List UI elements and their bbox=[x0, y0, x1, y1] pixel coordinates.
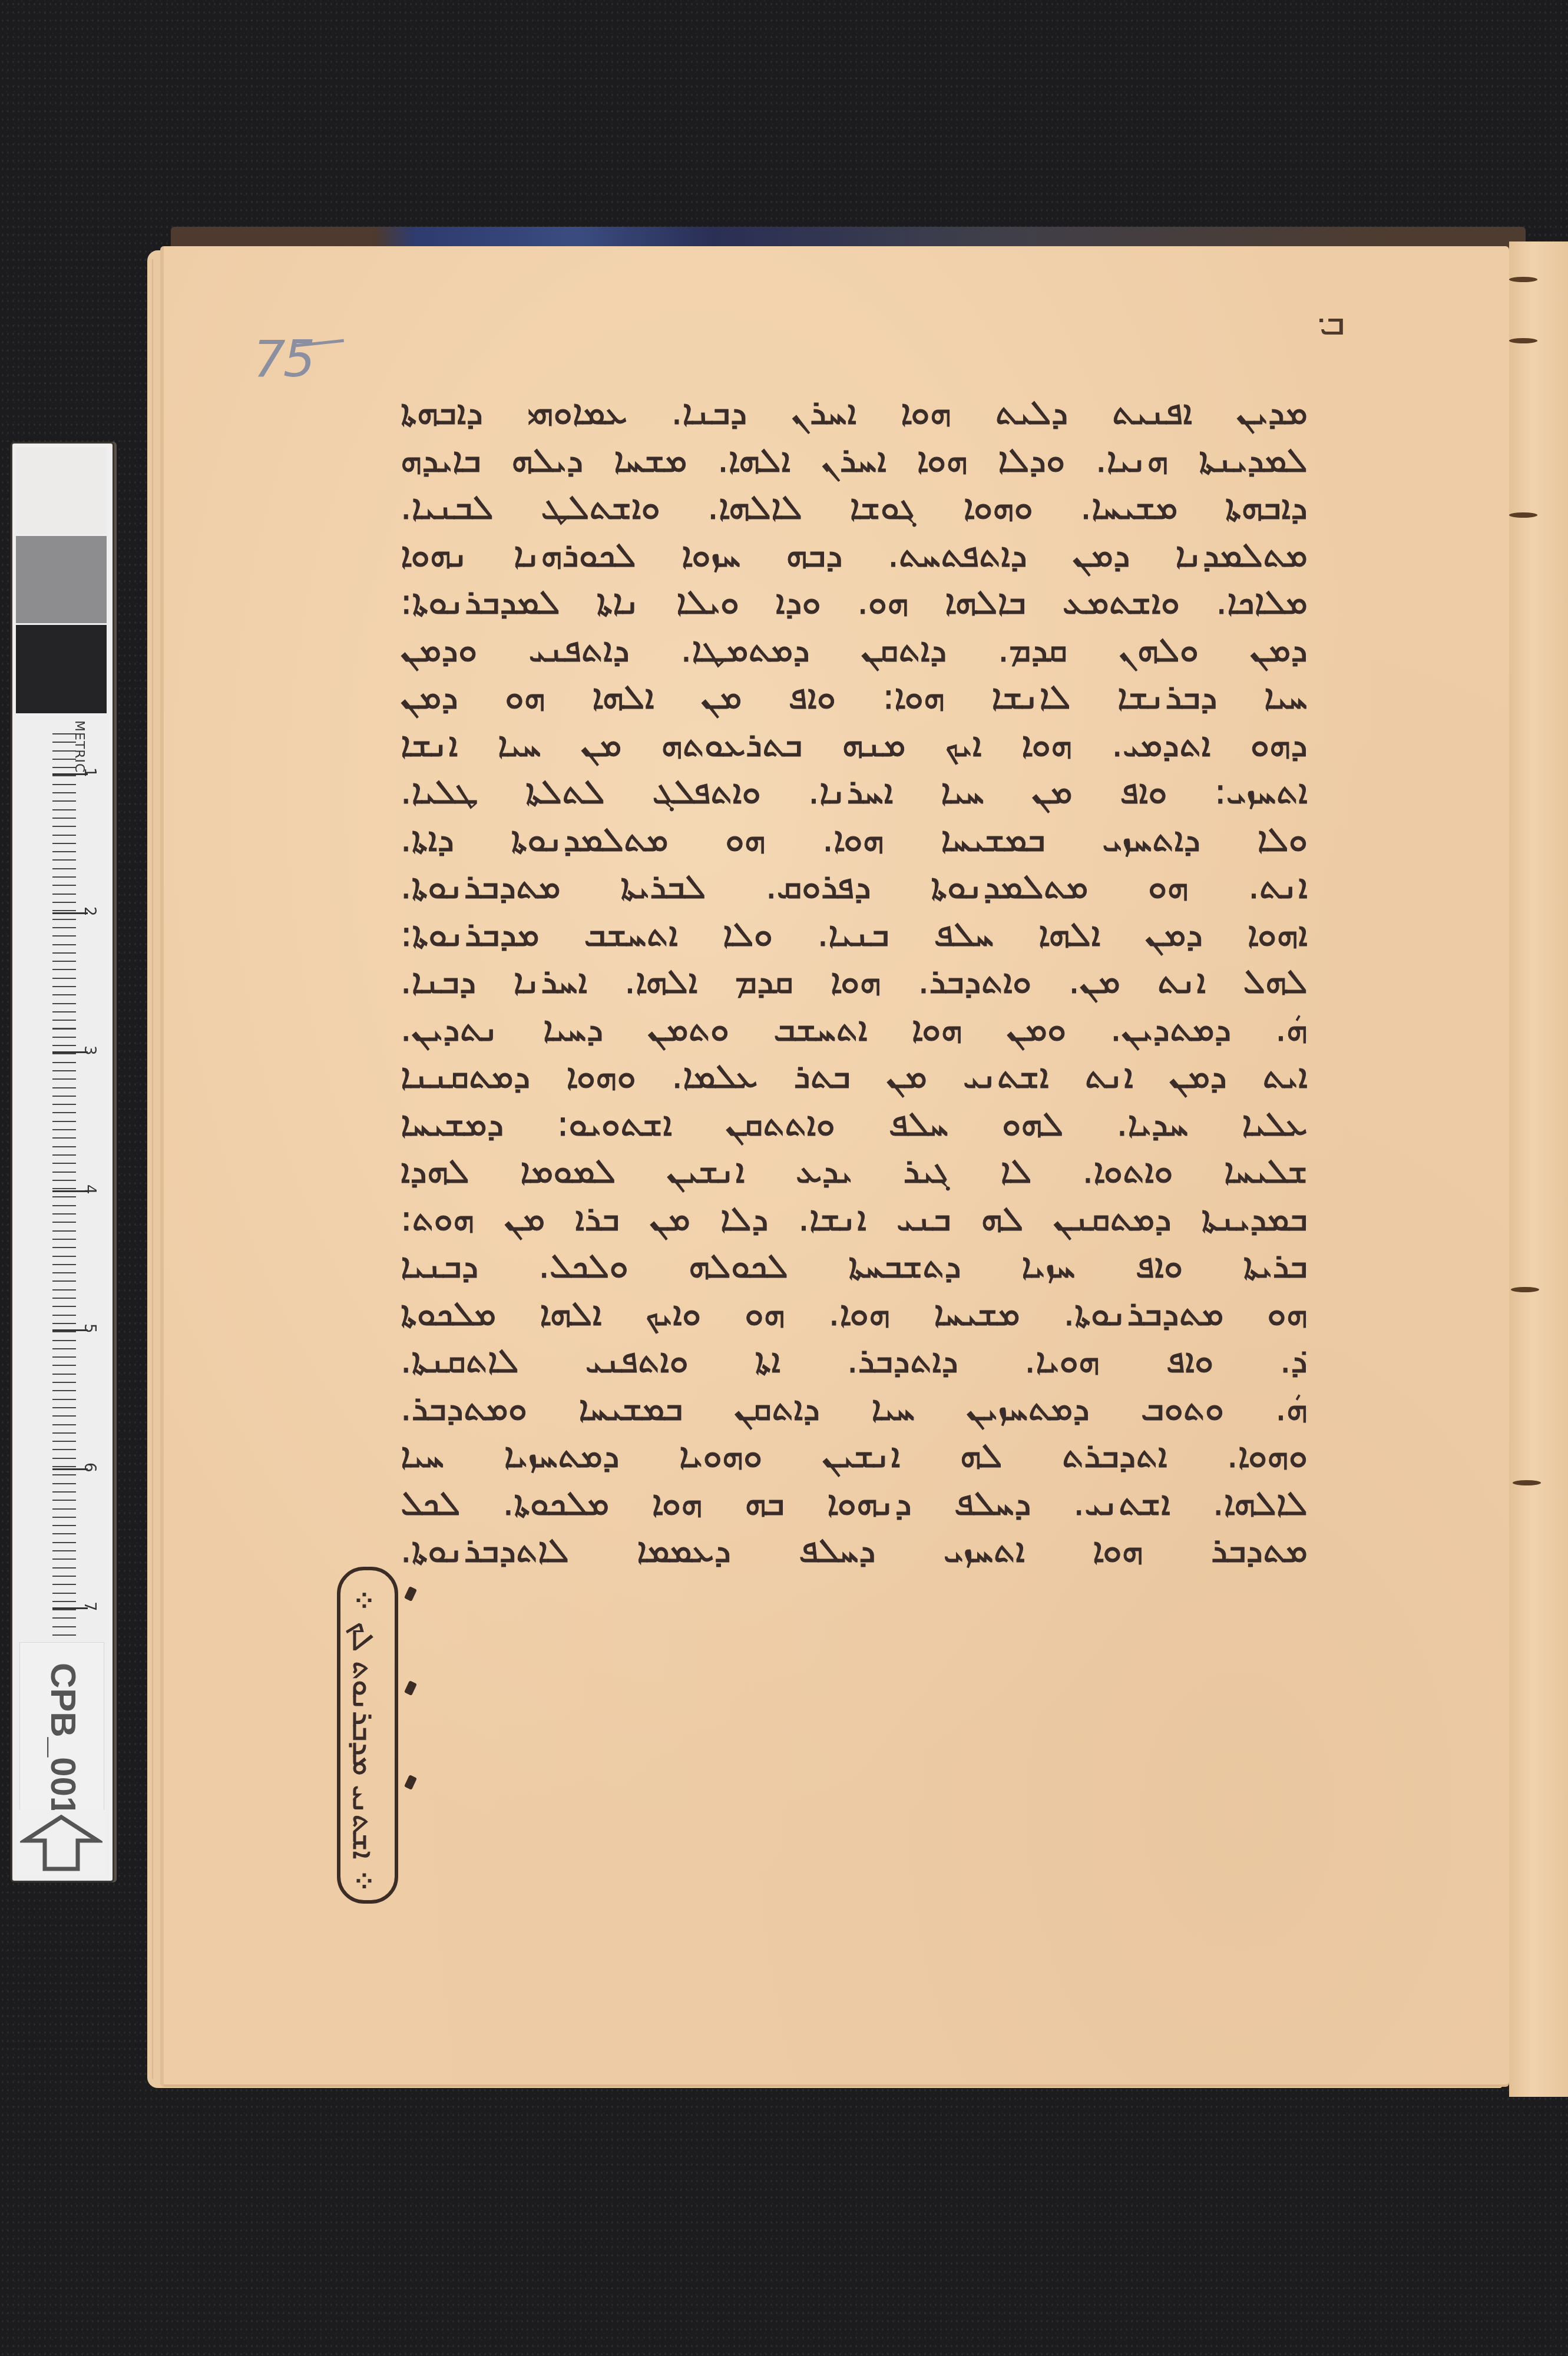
binding-stitch bbox=[1511, 1287, 1539, 1292]
text-line: ܠܗܠ ܐܢܬ ܡܢ. ܘܐܬܕܒܪ. ܗܘܐ ܩܕܡ ܐܠܗܐ. ܐܚܪܢܐ … bbox=[401, 958, 1308, 1005]
text-line: ܕܗܘ ܐܬܕܡܝ. ܗܘܐ ܐܝܟ ܡܢܗ ܒܬܪܥܘܬܗ ܡܢ ܚܝܐ ܐܢ… bbox=[401, 721, 1308, 769]
text-line: ܡܠܐܟܐ. ܘܐܫܬܡܥ ܒܐܠܗܐ ܗܘ. ܘܕܐ ܘܝܠܐ ܢܐܬܐ ܠܡ… bbox=[401, 578, 1308, 626]
text-line: ܡܬܕܒܪ ܗܘܐ ܐܬܚܙܝ ܕܚܠܦ ܕܥܡܡܐ ܠܐܬܕܒܪܢܘܬܐ. bbox=[401, 1527, 1308, 1574]
folio-number: 75 bbox=[253, 330, 313, 389]
ruler-number: 3 bbox=[81, 1045, 98, 1055]
text-line: ܠܐܠܗܐ. ܐܫܬܢܝ. ܕܚܠܦ ܕܢܗܘܐ ܒܗ ܗܘܐ ܡܠܟܘܬܐ. … bbox=[401, 1480, 1308, 1527]
up-arrow-icon bbox=[20, 1814, 102, 1872]
ruler-label: METRIC bbox=[72, 720, 87, 773]
ruler-number: 2 bbox=[81, 906, 98, 916]
text-line: ܒܪܝܬܐ ܘܐܦ ܚܙܝܐ ܕܬܫܒܚܬܐ ܠܟܘܠܗ ܘܠܟܠ. ܕܒܢܝܐ bbox=[401, 1242, 1308, 1290]
text-line: ܐܢܬ. ܗܘ ܡܬܠܡܕܢܘܬܐ ܕܦܪܘܩ. ܠܒܪܝܬܐ ܡܬܕܒܪܢܘܬ… bbox=[401, 863, 1308, 911]
text-line: ܐܗܘܐ ܕܡܢ ܐܠܗܐ ܚܠܦ ܒܢܝܐ. ܘܠܐ ܐܬܚܫܒ ܡܕܒܪܢܘ… bbox=[401, 911, 1308, 958]
text-line: ܠܡܕܝܢܬܐ ܗܢܝܐ. ܘܕܠܐ ܗܘܐ ܐܚܪܢ ܐܠܗܐ. ܡܫܚܐ ܕ… bbox=[401, 436, 1308, 484]
text-line: ܘܗܘܐ. ܐܬܕܒܪܬ ܠܗ ܐܢܫܝܢ ܘܗܘܝܐ ܕܡܬܚܙܝܐ ܚܝܐ bbox=[401, 1432, 1308, 1480]
grey-color-patch bbox=[16, 536, 107, 623]
text-line: ܗܿ. ܘܬܘܒ ܕܡܬܚܙܝܢ ܚܝܐ ܕܐܬܩܢ ܒܡܫܝܚܐ ܘܡܬܕܒܪ… bbox=[401, 1385, 1308, 1432]
marginal-note-cartouche: ⁘ ܐܫܬܢܝ ܡܕܒܪܢܘܬ ܠܟ ⁘ bbox=[337, 1567, 398, 1904]
ruler-number: 5 bbox=[81, 1323, 98, 1333]
text-line: ܗܿ. ܕܡܬܕܝܢ. ܘܡܢ ܗܘܐ ܐܬܚܫܒ ܘܬܡܢ ܕܚܝܐ ܢܬܕܝ… bbox=[401, 1005, 1308, 1053]
text-line: ܕ݁. ܘܐܦ ܗܘܝܐ. ܕܐܬܕܒܪ. ܐܬܐ ܘܐܬܦܢܝ ܠܐܬܩܢܬܐ… bbox=[401, 1337, 1308, 1385]
manuscript-text: ܡܕܝܢ ܐܦܢܝܬ ܕܠܝܬ ܗܘܐ ܐܚܪܢ ܕܒܢܐ. ܥܡܐܘܗܝ ܕܐ… bbox=[401, 389, 1308, 1574]
binding-gutter bbox=[1509, 241, 1568, 2097]
text-line: ܒܡܕܝܢܬܐ ܕܡܬܩܢܢ ܠܗ ܒܢܝ ܐܢܫܐ. ܕܠܐ ܡܢ ܒܪܐ ܡ… bbox=[401, 1195, 1308, 1243]
text-line: ܗܘ ܡܬܕܒܪܢܘܬܐ. ܡܫܝܚܐ ܗܘܐ. ܗܘ ܘܐܝܟ ܐܠܗܐ ܡܠ… bbox=[401, 1290, 1308, 1338]
binding-stitch bbox=[1509, 277, 1537, 282]
text-line: ܫܠܝܚܐ ܘܐܬܘܐ. ܠܐ ܓܝܪ ܝܕܥ ܐܢܫܝܢ ܠܡܘܡܐ ܠܗܕܐ bbox=[401, 1147, 1308, 1195]
text-line: ܡܬܠܡܕܢܐ ܕܡܢ ܕܐܬܦܬܚܬ. ܕܒܗ ܚܙܘܐ ܠܟܘܪܗܢܐ ܢܗ… bbox=[401, 531, 1308, 579]
binding-stitch bbox=[1509, 338, 1537, 343]
text-line: ܡܕܝܢ ܐܦܢܝܬ ܕܠܝܬ ܗܘܐ ܐܚܪܢ ܕܒܢܐ. ܥܡܐܘܗܝ ܕܐ… bbox=[401, 389, 1308, 436]
text-line: ܐܬܚܙܝ: ܘܐܦ ܡܢ ܚܝܐ ܐܚܪܢܐ. ܘܐܬܦܠܓ ܠܬܠܬܐ ܛܠ… bbox=[401, 768, 1308, 816]
binding-stitch bbox=[1513, 1480, 1541, 1485]
orientation-arrow bbox=[17, 1810, 105, 1876]
text-line: ܥܠܝܐ ܚܕܝܐ. ܠܗܘ ܚܠܦ ܘܐܬܬܩܢ ܐܫܬܘܝܘ: ܕܡܫܝܚܐ bbox=[401, 1100, 1308, 1148]
text-line: ܐܝܬ ܕܡܢ ܐܢܬ ܐܫܬܢܝ ܡܢ ܒܬܪ ܥܠܡܐ. ܘܗܘܐ ܕܡܬܩ… bbox=[401, 1053, 1308, 1100]
ruler-number: 6 bbox=[81, 1462, 98, 1472]
marginal-note-text: ⁘ ܐܫܬܢܝ ܡܕܒܪܢܘܬ ܠܟ ⁘ bbox=[346, 1588, 381, 1893]
white-color-patch bbox=[16, 447, 107, 534]
ruler-number: 7 bbox=[81, 1601, 98, 1612]
ruler-number: 4 bbox=[81, 1184, 98, 1194]
binding-stitch bbox=[1509, 512, 1537, 518]
text-line: ܚܝܐ ܕܒܪܢܫܐ ܠܐܢܫܐ ܗܘܐ: ܘܐܦ ܡܢ ܐܠܗܐ ܗܘ ܕܡܢ bbox=[401, 673, 1308, 721]
text-line: ܕܡܢ ܘܠܗܢ ܩܕܡ. ܕܐܬܩܢ ܕܡܬܡܛܐ. ܕܐܬܦܢܝ ܘܕܡܢ bbox=[401, 626, 1308, 674]
text-line: ܕܐܒܗܬܐ ܡܫܝܚܐ. ܘܗܘܐ ܓܘܫܐ ܠܐܠܗܐ. ܘܐܫܬܠܛ ܠܒ… bbox=[401, 484, 1308, 531]
ruler-number: 1 bbox=[81, 767, 98, 777]
text-line: ܘܠܐ ܕܐܬܚܙܝ ܒܡܫܝܚܐ ܗܘܐ. ܗܘ ܡܬܠܡܕܢܘܬܐ ܕܐܬܐ… bbox=[401, 816, 1308, 863]
calibration-strip: METRIC 1 2 3 4 5 6 7 CPB_00126 bbox=[11, 442, 114, 1882]
quire-mark: ܒ݀ bbox=[1319, 300, 1345, 344]
black-color-patch bbox=[16, 625, 107, 713]
